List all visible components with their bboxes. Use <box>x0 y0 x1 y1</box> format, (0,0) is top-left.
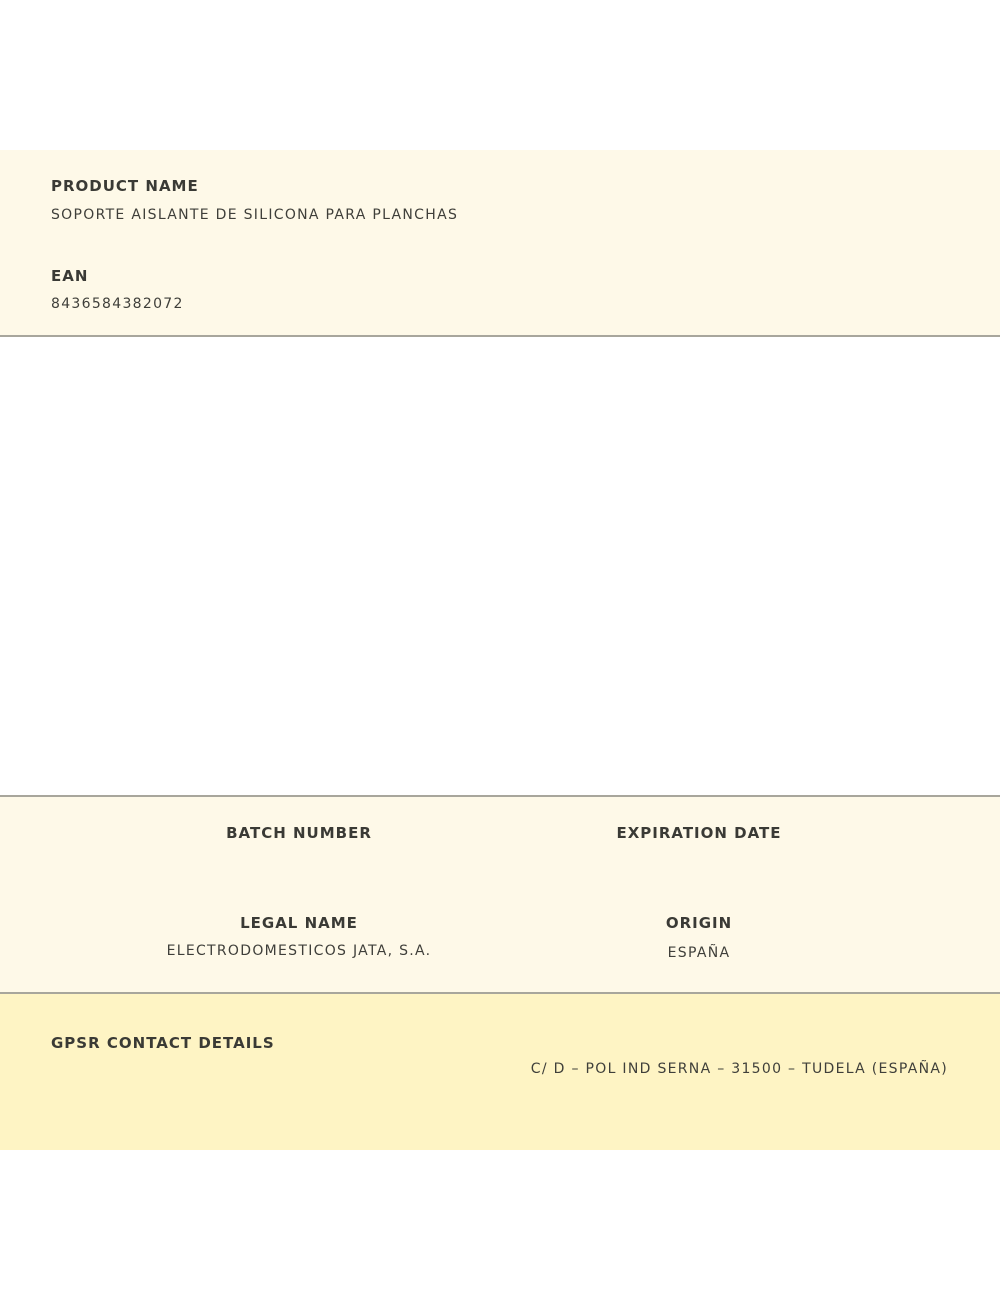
details-section: BATCH NUMBER EXPIRATION DATE LEGAL NAME … <box>0 795 1000 994</box>
gpsr-contact-label: GPSR CONTACT DETAILS <box>51 1034 275 1052</box>
gpsr-section: GPSR CONTACT DETAILS C/ D – POL IND SERN… <box>0 994 1000 1150</box>
gpsr-contact-address: C/ D – POL IND SERNA – 31500 – TUDELA (E… <box>531 1061 948 1077</box>
batch-number-label: BATCH NUMBER <box>226 824 372 842</box>
product-name-value: SOPORTE AISLANTE DE SILICONA PARA PLANCH… <box>51 207 458 223</box>
origin-label: ORIGIN <box>666 914 732 932</box>
legal-name-label: LEGAL NAME <box>240 914 358 932</box>
product-name-label: PRODUCT NAME <box>51 177 199 195</box>
ean-value: 8436584382072 <box>51 296 184 312</box>
expiration-date-label: EXPIRATION DATE <box>616 824 781 842</box>
product-section: PRODUCT NAME SOPORTE AISLANTE DE SILICON… <box>0 150 1000 337</box>
origin-value: ESPAÑA <box>668 945 731 961</box>
legal-name-value: ELECTRODOMESTICOS JATA, S.A. <box>167 943 432 959</box>
ean-label: EAN <box>51 267 88 285</box>
